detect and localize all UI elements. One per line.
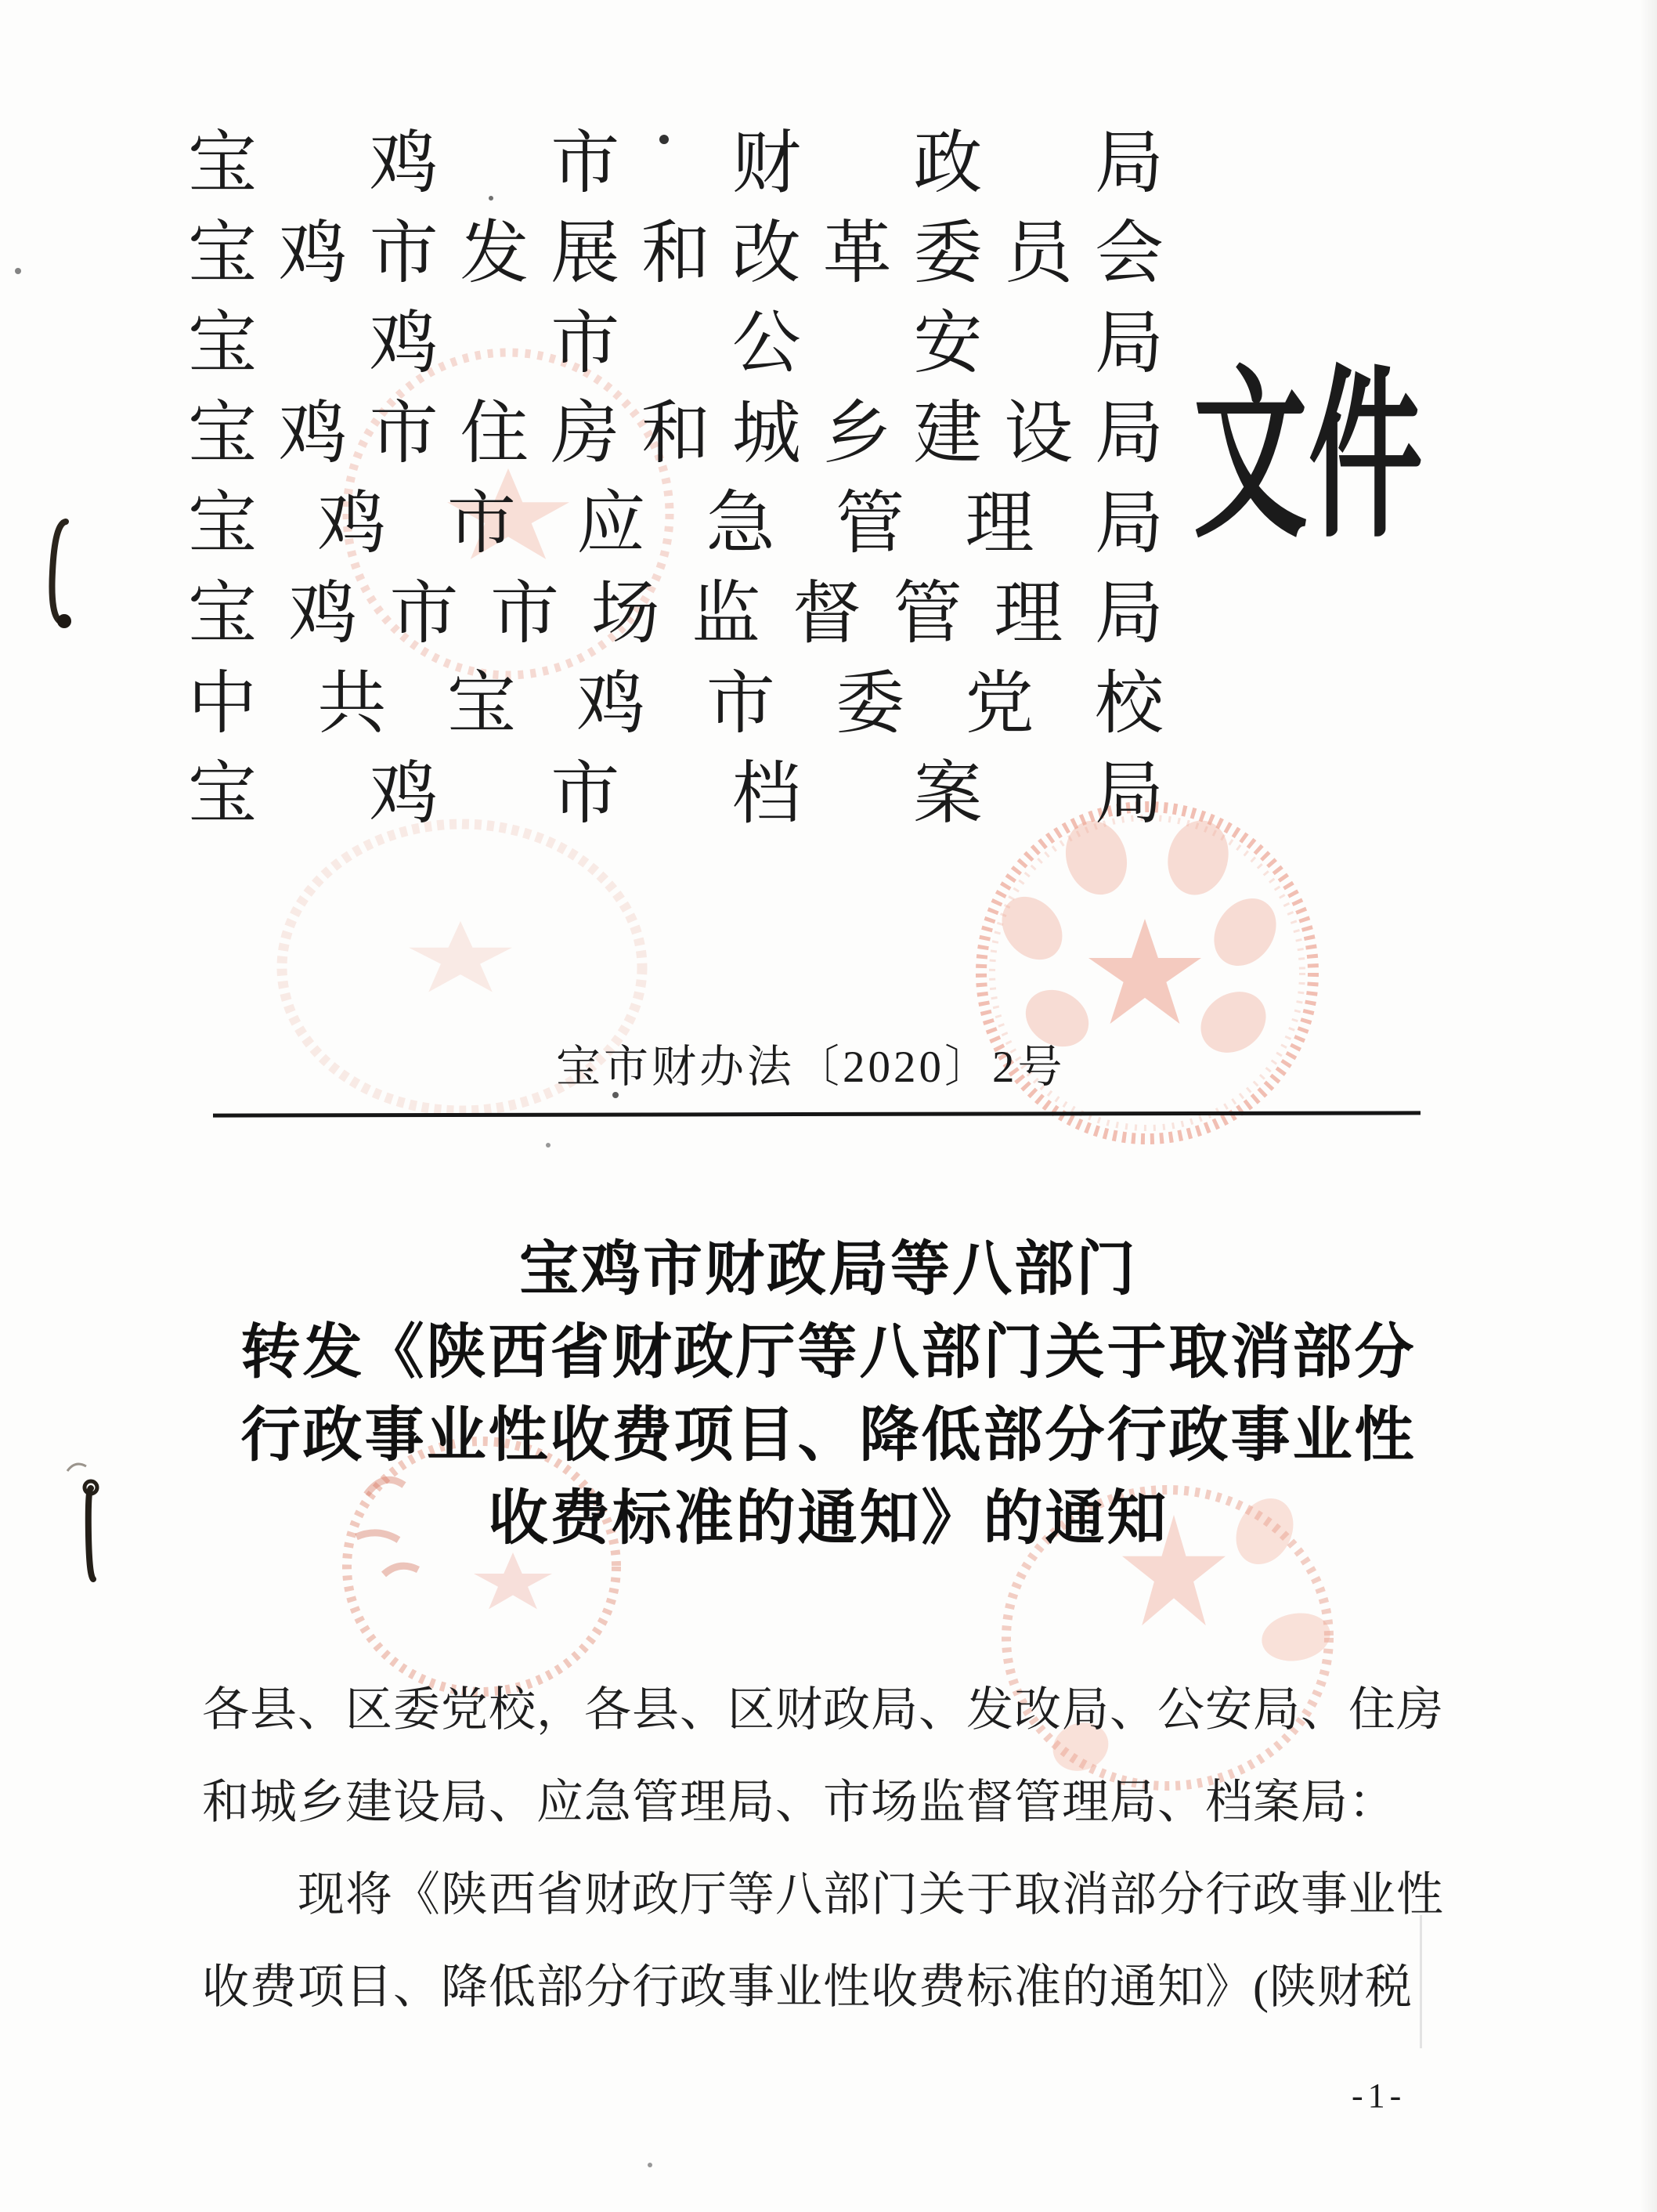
department-name-6: 宝鸡市市场监督管理局 — [188, 569, 1164, 660]
department-name-8: 宝鸡市档案局 — [188, 750, 1164, 840]
title-line-2: 转发《陕西省财政厅等八部门关于取消部分 — [139, 1311, 1518, 1394]
page-number: -1- — [1352, 2076, 1406, 2116]
department-name-1: 宝鸡市财政局 — [188, 119, 1164, 209]
scanned-document-page: 宝鸡市财政局 宝鸡市发展和改革委员会 宝鸡市公安局 宝鸡市住房和城乡建设局 宝鸡… — [0, 0, 1657, 2212]
title-line-1: 宝鸡市财政局等八部门 — [139, 1228, 1518, 1311]
body-line-2: 和城乡建设局、应急管理局、市场监督管理局、档案局： — [202, 1756, 1428, 1849]
document-number: 宝市财办法〔2020〕2号 — [556, 1031, 1066, 1095]
document-body: 各县、区委党校，各县、区财政局、发改局、公安局、住房 和城乡建设局、应急管理局、… — [202, 1664, 1428, 2033]
issuing-departments-list: 宝鸡市财政局 宝鸡市发展和改革委员会 宝鸡市公安局 宝鸡市住房和城乡建设局 宝鸡… — [188, 119, 1164, 840]
document-title: 宝鸡市财政局等八部门 转发《陕西省财政厅等八部门关于取消部分 行政事业性收费项目… — [139, 1228, 1518, 1560]
department-name-4: 宝鸡市住房和城乡建设局 — [188, 389, 1164, 479]
body-line-3: 现将《陕西省财政厅等八部门关于取消部分行政事业性 — [202, 1849, 1428, 1941]
title-line-3: 行政事业性收费项目、降低部分行政事业性 — [139, 1394, 1518, 1477]
doc-type-label: 文件 — [1193, 362, 1424, 553]
department-name-2: 宝鸡市发展和改革委员会 — [188, 209, 1164, 299]
title-line-4: 收费标准的通知》的通知 — [139, 1477, 1518, 1560]
department-name-7: 中共宝鸡市委党校 — [188, 660, 1164, 750]
scan-edge-shadow — [1640, 0, 1657, 2212]
body-line-4: 收费项目、降低部分行政事业性收费标准的通知》(陕财税 — [202, 1941, 1428, 2033]
scan-artifact-streak — [1420, 1915, 1422, 2048]
header-separator-line — [213, 1111, 1421, 1117]
department-name-5: 宝鸡市应急管理局 — [188, 479, 1164, 569]
body-line-1: 各县、区委党校，各县、区财政局、发改局、公安局、住房 — [202, 1664, 1428, 1756]
department-name-3: 宝鸡市公安局 — [188, 299, 1164, 389]
